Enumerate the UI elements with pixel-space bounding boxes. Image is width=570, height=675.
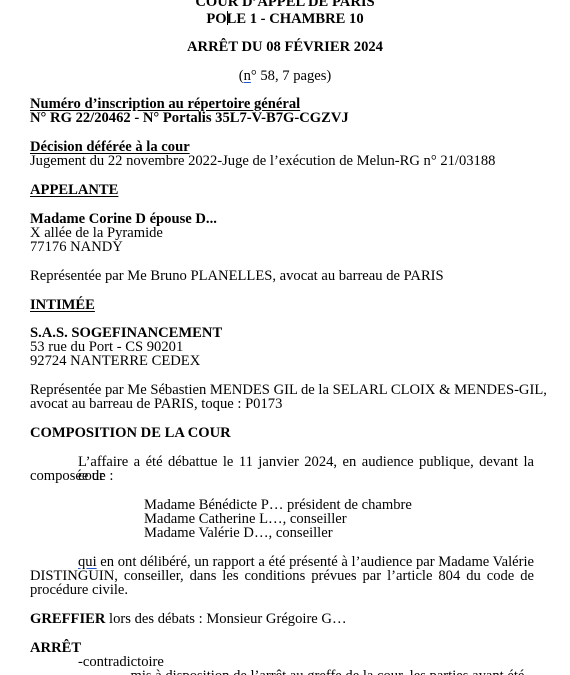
case-reference-rest: ° 58, 7 pages)	[251, 68, 331, 84]
appellant-address-line1: X allée de la Pyramide	[30, 226, 163, 240]
chamber-text-after-cursor: LE 1 - CHAMBRE 10	[227, 11, 364, 27]
chamber-name: POLE 1 - CHAMBRE 10	[0, 11, 570, 26]
deliberation-line1: qui en ont délibéré, un rapport a été pr…	[78, 555, 534, 569]
clerk-value: lors des débats : Monsieur Grégoire G…	[105, 611, 346, 627]
respondent-heading: INTIMÉE	[30, 298, 95, 312]
respondent-representation-line1: Représentée par Me Sébastien MENDES GIL …	[30, 383, 547, 397]
court-member: Madame Catherine L…, conseiller	[144, 512, 347, 526]
case-reference-n: n	[244, 68, 251, 84]
clerk-label: GREFFIER	[30, 611, 105, 627]
respondent-representation-line2: avocat au barreau de PARIS, toque : P017…	[30, 397, 282, 411]
appellant-heading: APPELANTE	[30, 183, 118, 197]
judgment-title: ARRÊT DU 08 FÉVRIER 2024	[0, 40, 570, 54]
respondent-address-line2: 92724 NANTERRE CEDEX	[30, 354, 200, 368]
composition-intro-line2: composée de :	[30, 469, 113, 483]
judgment-item: - mis à disposition de l’arrêt au greffe…	[122, 669, 524, 675]
registration-label: Numéro d’inscription au répertoire génér…	[30, 97, 300, 111]
case-reference: (n° 58, 7 pages)	[0, 69, 570, 83]
judgment-item: -contradictoire	[78, 655, 164, 669]
chamber-text-before-cursor: PO	[206, 11, 226, 27]
respondent-address-line1: 53 rue du Port - CS 90201	[30, 340, 183, 354]
court-member: Madame Bénédicte P… président de chambre	[144, 498, 412, 512]
appellant-name: Madame Corine D épouse D...	[30, 212, 217, 226]
court-member: Madame Valérie D…, conseiller	[144, 526, 333, 540]
judgment-heading: ARRÊT	[30, 641, 81, 655]
decision-value: Jugement du 22 novembre 2022-Juge de l’e…	[30, 154, 495, 168]
deliberation-line3: procédure civile.	[30, 583, 128, 597]
appellant-representation: Représentée par Me Bruno PLANELLES, avoc…	[30, 269, 444, 283]
appellant-address-line2: 77176 NANDY	[30, 240, 123, 254]
decision-label: Décision déférée à la cour	[30, 140, 190, 154]
document-page: COUR D’APPEL DE PARIS POLE 1 - CHAMBRE 1…	[0, 0, 570, 675]
composition-intro-line1: L’affaire a été débattue le 11 janvier 2…	[78, 455, 534, 483]
respondent-name: S.A.S. SOGEFINANCEMENT	[30, 326, 222, 340]
court-name: COUR D’APPEL DE PARIS	[0, 0, 570, 9]
registration-value: N° RG 22/20462 - N° Portalis 35L7-V-B7G-…	[30, 111, 349, 125]
composition-heading: COMPOSITION DE LA COUR	[30, 426, 231, 440]
deliberation-line2: DISTINGUIN, conseiller, dans les conditi…	[30, 569, 534, 583]
clerk-line: GREFFIER lors des débats : Monsieur Grég…	[30, 612, 347, 626]
